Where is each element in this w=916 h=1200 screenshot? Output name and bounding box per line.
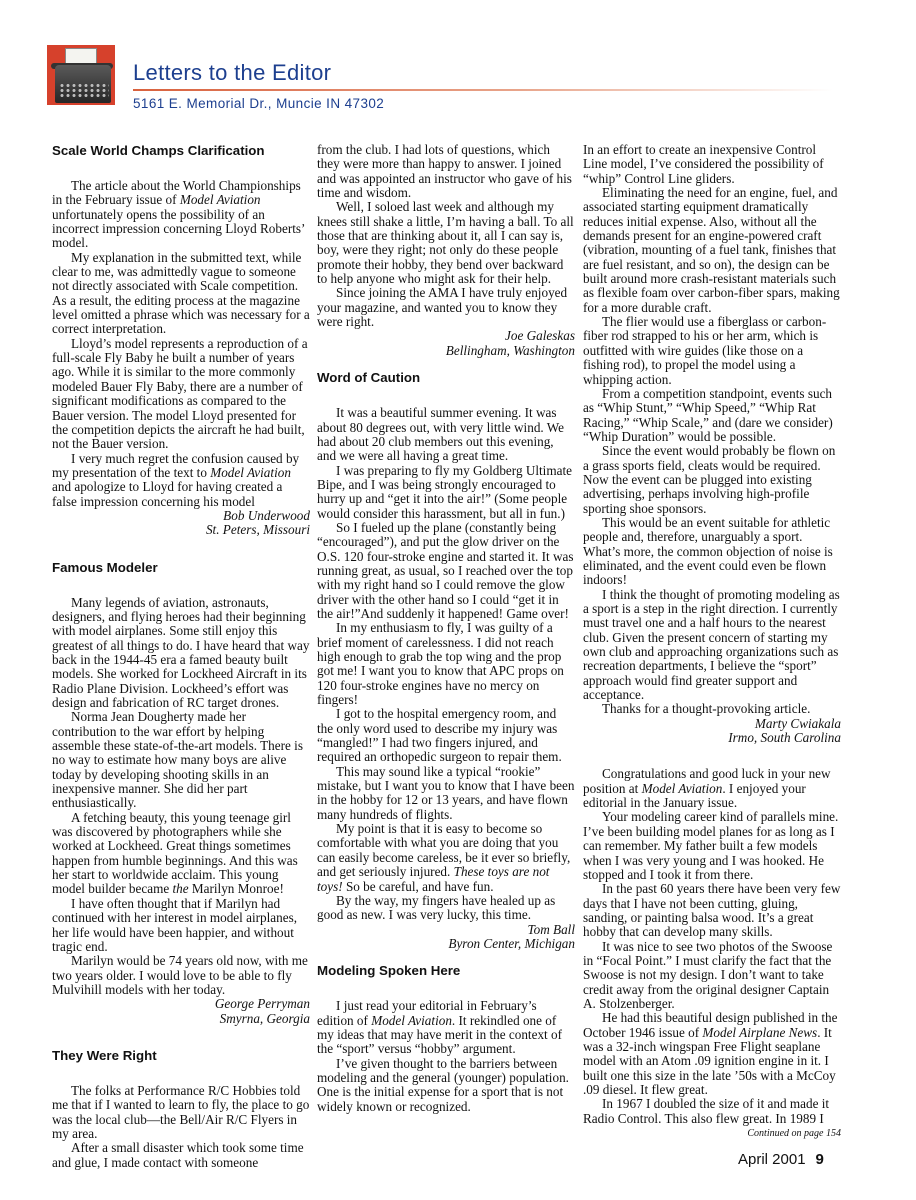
letter-paragraph: In the past 60 years there have been ver… xyxy=(583,882,841,939)
letter-paragraph: It was a beautiful summer evening. It wa… xyxy=(317,406,575,463)
letter-body: Many legends of aviation, astronauts, de… xyxy=(52,596,310,998)
letter-paragraph: I was preparing to fly my Goldberg Ultim… xyxy=(317,464,575,521)
signature-location: Bellingham, Washington xyxy=(317,344,575,358)
letter-paragraph: In my enthusiasm to fly, I was guilty of… xyxy=(317,621,575,707)
letter-paragraph: A fetching beauty, this young teenage gi… xyxy=(52,811,310,897)
letter-heading: They Were Right xyxy=(52,1048,310,1064)
letter-body: I just read your editorial in February’s… xyxy=(317,999,575,1114)
letter-heading: Word of Caution xyxy=(317,370,575,386)
page-footer: April 20019 xyxy=(738,1151,824,1168)
letter: Scale World Champs Clarification The art… xyxy=(52,143,310,538)
signature-name: Tom Ball xyxy=(317,923,575,937)
letter-paragraph: I think the thought of promoting modelin… xyxy=(583,588,841,703)
letter: Modeling Spoken Here I just read your ed… xyxy=(317,963,575,1114)
letter-paragraph: In 1967 I doubled the size of it and mad… xyxy=(583,1097,841,1126)
letter-paragraph: I have often thought that if Marilyn had… xyxy=(52,897,310,954)
letter-paragraph: I got to the hospital emergency room, an… xyxy=(317,707,575,764)
letter-paragraph: By the way, my fingers have healed up as… xyxy=(317,894,575,923)
letter-heading: Famous Modeler xyxy=(52,560,310,576)
column-2: from the club. I had lots of questions, … xyxy=(317,143,575,1114)
signature-location: Smyrna, Georgia xyxy=(52,1012,310,1026)
typewriter-icon xyxy=(47,45,115,105)
page-number: 9 xyxy=(816,1151,824,1168)
letter-paragraph: The folks at Performance R/C Hobbies tol… xyxy=(52,1084,310,1141)
letter-heading: Modeling Spoken Here xyxy=(317,963,575,979)
letter: Congratulations and good luck in your ne… xyxy=(583,767,841,1140)
letter-body: The article about the World Championship… xyxy=(52,179,310,509)
letter-paragraph: Thanks for a thought-provoking article. xyxy=(583,702,841,716)
letter-paragraph: Lloyd’s model represents a reproduction … xyxy=(52,337,310,452)
signature-name: Joe Galeskas xyxy=(317,329,575,343)
letter-paragraph: The flier would use a fiberglass or carb… xyxy=(583,315,841,387)
signature-name: Bob Underwood xyxy=(52,509,310,523)
letter-paragraph: This would be an event suitable for athl… xyxy=(583,516,841,588)
issue-date: April 2001 xyxy=(738,1151,806,1168)
letter-paragraph: Many legends of aviation, astronauts, de… xyxy=(52,596,310,711)
header-divider xyxy=(133,89,833,91)
letter-continued: In an effort to create an inexpensive Co… xyxy=(583,143,841,745)
column-1: Scale World Champs Clarification The art… xyxy=(52,143,310,1170)
letter-body: Congratulations and good luck in your ne… xyxy=(583,767,841,1126)
letter-paragraph: Congratulations and good luck in your ne… xyxy=(583,767,841,810)
letter: Word of Caution It was a beautiful summe… xyxy=(317,370,575,951)
letter-body: The folks at Performance R/C Hobbies tol… xyxy=(52,1084,310,1170)
letter-paragraph: Marilyn would be 74 years old now, with … xyxy=(52,954,310,997)
continued-link[interactable]: Continued on page 154 xyxy=(583,1128,841,1140)
letter-paragraph: I’ve given thought to the barriers betwe… xyxy=(317,1057,575,1114)
page-title: Letters to the Editor xyxy=(133,60,331,86)
letter-paragraph: My point is that it is easy to become so… xyxy=(317,822,575,894)
letter: They Were Right The folks at Performance… xyxy=(52,1048,310,1170)
page-header: Letters to the Editor 5161 E. Memorial D… xyxy=(0,0,916,120)
letter-paragraph: The article about the World Championship… xyxy=(52,179,310,251)
letter-continued: from the club. I had lots of questions, … xyxy=(317,143,575,358)
letter: Famous Modeler Many legends of aviation,… xyxy=(52,560,310,1026)
letter-paragraph: My explanation in the submitted text, wh… xyxy=(52,251,310,337)
signature-name: George Perryman xyxy=(52,997,310,1011)
signature-location: Irmo, South Carolina xyxy=(583,731,841,745)
letter-paragraph: It was nice to see two photos of the Swo… xyxy=(583,940,841,1012)
letter-paragraph: After a small disaster which took some t… xyxy=(52,1141,310,1170)
letter-body: In an effort to create an inexpensive Co… xyxy=(583,143,841,717)
letter-body: from the club. I had lots of questions, … xyxy=(317,143,575,329)
signature-name: Marty Cwiakala xyxy=(583,717,841,731)
letter-paragraph: Eliminating the need for an engine, fuel… xyxy=(583,186,841,315)
letter-heading: Scale World Champs Clarification xyxy=(52,143,310,159)
column-3: In an effort to create an inexpensive Co… xyxy=(583,143,841,1140)
letter-paragraph: From a competition standpoint, events su… xyxy=(583,387,841,444)
letter-body: It was a beautiful summer evening. It wa… xyxy=(317,406,575,922)
signature-location: St. Peters, Missouri xyxy=(52,523,310,537)
letter-paragraph: Since joining the AMA I have truly enjoy… xyxy=(317,286,575,329)
letter-paragraph: I very much regret the confusion caused … xyxy=(52,452,310,509)
letter-paragraph: Norma Jean Dougherty made her contributi… xyxy=(52,710,310,810)
letter-paragraph: This may sound like a typical “rookie” m… xyxy=(317,765,575,822)
letter-paragraph: Since the event would probably be flown … xyxy=(583,444,841,516)
letter-paragraph: from the club. I had lots of questions, … xyxy=(317,143,575,200)
letter-paragraph: I just read your editorial in February’s… xyxy=(317,999,575,1056)
letter-paragraph: He had this beautiful design published i… xyxy=(583,1011,841,1097)
letter-paragraph: So I fueled up the plane (constantly bei… xyxy=(317,521,575,621)
signature-location: Byron Center, Michigan xyxy=(317,937,575,951)
editor-address: 5161 E. Memorial Dr., Muncie IN 47302 xyxy=(133,96,384,111)
letter-paragraph: Well, I soloed last week and although my… xyxy=(317,200,575,286)
letter-paragraph: Your modeling career kind of parallels m… xyxy=(583,810,841,882)
letter-paragraph: In an effort to create an inexpensive Co… xyxy=(583,143,841,186)
